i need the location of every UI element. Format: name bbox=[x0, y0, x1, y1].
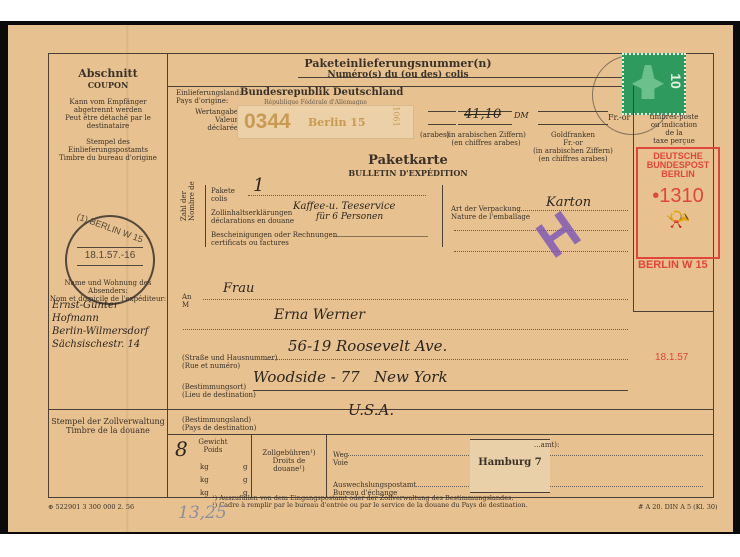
customs-stamp-label-de: Stempel der Zollverwaltung bbox=[49, 417, 167, 426]
exchange-office-label-de: Auswechslungspostamt bbox=[333, 481, 416, 489]
label-office: Berlin 15 bbox=[308, 116, 366, 129]
parcel-card: Abschnitt COUPON Kann vom Empfänger abge… bbox=[8, 25, 733, 532]
g-unit-2: g bbox=[243, 476, 247, 484]
parcel-number-label: 0344 Berlin 15 1061 bbox=[237, 105, 414, 139]
kg-unit-3: kg bbox=[200, 489, 209, 497]
parcels-count: 1 bbox=[253, 175, 264, 196]
destination-country-label-de: (Bestimmungsland) bbox=[182, 416, 256, 424]
postage-stamp: 10 bbox=[622, 53, 686, 115]
posthorn-icon: 📯 bbox=[638, 209, 718, 231]
declared-value-label-fr: Valeur déclarée bbox=[188, 116, 238, 132]
certificates-label-fr: certificats ou factures bbox=[211, 239, 337, 247]
addressee-salutation: Frau bbox=[223, 281, 254, 296]
origin-country-label-de: Einlieferungsland: bbox=[176, 89, 241, 97]
footnote-fr: ¹) Cadre à remplir par le bureau d'entré… bbox=[212, 502, 528, 509]
origin-stamp-label-fr: Timbre du bureau d'origine bbox=[49, 154, 167, 162]
destination-place-label-de: (Bestimmungsort) bbox=[182, 383, 256, 391]
route-label-de: Weg bbox=[333, 451, 348, 459]
print-code-text: 522901 3 300 000 2. 56 bbox=[56, 503, 135, 511]
parcels-label-de: Pakete bbox=[211, 187, 235, 195]
kg-unit-1: kg bbox=[200, 463, 209, 471]
destination-place-value: Woodside - 77 New York bbox=[253, 368, 448, 386]
duties-label-de: Zollgebühren¹) bbox=[252, 449, 326, 457]
kg-unit-2: kg bbox=[200, 476, 209, 484]
duties-label-fr-1: Droits de bbox=[252, 457, 326, 465]
destination-country-value: U.S.A. bbox=[348, 401, 394, 419]
exchange-partial-label: ...amt): bbox=[534, 441, 559, 449]
weight-label-fr: Poids bbox=[183, 446, 243, 454]
label-number: 0344 bbox=[244, 110, 291, 134]
postmark-date: 18.1.57.-16 bbox=[67, 250, 153, 261]
card-title: Paketkarte bbox=[308, 153, 508, 168]
sender-line-3: Berlin-Wilmersdorf bbox=[52, 325, 168, 338]
postage-meter: DEUTSCHE BUNDESPOST BERLIN •1310 📯 bbox=[636, 147, 720, 259]
postage-box-line-4: taxe perçue bbox=[634, 137, 714, 145]
postage-box-line-3: de la bbox=[634, 129, 714, 137]
meter-amount: •1310 bbox=[638, 183, 718, 209]
sender-line-2: Hofmann bbox=[52, 312, 168, 325]
gold-arabic-fr: (en chiffres arabes) bbox=[528, 155, 618, 163]
frame-top bbox=[48, 53, 714, 54]
origin-stamp-label-de: Stempel des Einlieferungspostamts bbox=[49, 138, 167, 154]
addressee-name: Erna Werner bbox=[274, 307, 365, 323]
certificates-label-de: Bescheinigungen oder Rechnungen bbox=[211, 231, 337, 239]
addressee-label-fr: M bbox=[182, 301, 192, 309]
customs-declaration-value-1: Kaffee-u. Teeservice bbox=[293, 201, 395, 212]
route-label-fr: Voie bbox=[333, 459, 348, 467]
coupon-title: Abschnitt bbox=[49, 67, 167, 80]
print-mark-icon: ⊕ bbox=[48, 503, 53, 511]
goldfranken-label: Goldfranken bbox=[528, 131, 618, 139]
stamp-value: 10 bbox=[668, 73, 684, 89]
customs-declaration-label-fr: déclarations en douane bbox=[211, 217, 294, 225]
street-label-de: (Straße und Hausnummer) bbox=[182, 354, 278, 362]
arabic-trunc: (arabes) bbox=[420, 131, 449, 139]
meter-city: BERLIN W 15 bbox=[638, 259, 708, 271]
g-unit-1: g bbox=[243, 463, 247, 471]
meter-line-3: BERLIN bbox=[638, 170, 718, 179]
street-value: 56-19 Roosevelt Ave. bbox=[288, 337, 447, 355]
gold-arabic-de: (in arabischen Ziffern) bbox=[528, 147, 618, 155]
exchange-office-value: Hamburg 7 bbox=[470, 457, 550, 468]
customs-declaration-value-2: für 6 Personen bbox=[316, 212, 383, 222]
coupon-note-de: Kann vom Empfänger abgetrennt werden bbox=[49, 98, 167, 114]
declared-value-label-de: Wertangabe bbox=[188, 108, 238, 116]
postage-box-line-1: timbres-poste bbox=[634, 113, 714, 121]
postage-box-line-2: ou indication bbox=[634, 121, 714, 129]
parcel-number-title-fr: Numéro(s) du (ou des) colis bbox=[208, 70, 588, 80]
meter-date: 18.1.57 bbox=[655, 352, 688, 363]
destination-country-label-fr: (Pays de destination) bbox=[182, 424, 256, 432]
sender-label-de: Name und Wohnung des Absenders: bbox=[49, 279, 167, 295]
customs-declaration-label-de: Zollinhaltserklärungen bbox=[211, 209, 294, 217]
declared-amount: 41,10 bbox=[464, 107, 501, 122]
label-code: 1061 bbox=[392, 106, 401, 126]
duties-label-fr-2: douane¹) bbox=[252, 465, 326, 473]
pencil-note: 13,25 bbox=[178, 503, 227, 523]
parcels-label-fr: colis bbox=[211, 195, 235, 203]
fr-or-label: Fr.-or bbox=[528, 139, 618, 147]
packaging-label-de: Art der Verpackung bbox=[451, 205, 530, 213]
origin-country-label-fr: Pays d'origine: bbox=[176, 97, 241, 105]
sender-line-1: Ernst-Günter bbox=[52, 299, 168, 312]
packaging-label-fr: Nature de l'emballage bbox=[451, 213, 530, 221]
coupon-note-fr: Peut être détaché par le destinataire bbox=[49, 114, 167, 130]
count-label-fr: Nombre de bbox=[188, 161, 196, 221]
print-code: ⊕ 522901 3 300 000 2. 56 bbox=[48, 503, 134, 511]
count-label-de: Zahl der bbox=[180, 161, 188, 221]
form-code: # A 20. DIN A 5 (Kl. 30) bbox=[638, 503, 718, 511]
card-subtitle: BULLETIN D'EXPÉDITION bbox=[308, 168, 508, 178]
postmark-city: (1) BERLIN W 15 bbox=[68, 209, 152, 248]
coupon-subtitle: COUPON bbox=[49, 80, 167, 90]
arabic-label-de: (in arabischen Ziffern) bbox=[446, 131, 526, 139]
parcel-number-title: Paketeinlieferungsnummer(n) bbox=[208, 57, 588, 70]
destination-place-label-fr: (Lieu de destination) bbox=[182, 391, 256, 399]
weight-label-de: Gewicht bbox=[183, 438, 243, 446]
currency-dm: DM bbox=[514, 111, 529, 120]
origin-country-value: Bundesrepublik Deutschland bbox=[240, 87, 403, 98]
customs-stamp-label-fr: Timbre de la douane bbox=[49, 426, 167, 435]
addressee-label-de: An bbox=[182, 293, 192, 301]
coupon-divider bbox=[167, 53, 168, 498]
arabic-label-fr: (en chiffres arabes) bbox=[446, 139, 526, 147]
sender-line-4: Sächsischestr. 14 bbox=[52, 338, 168, 351]
